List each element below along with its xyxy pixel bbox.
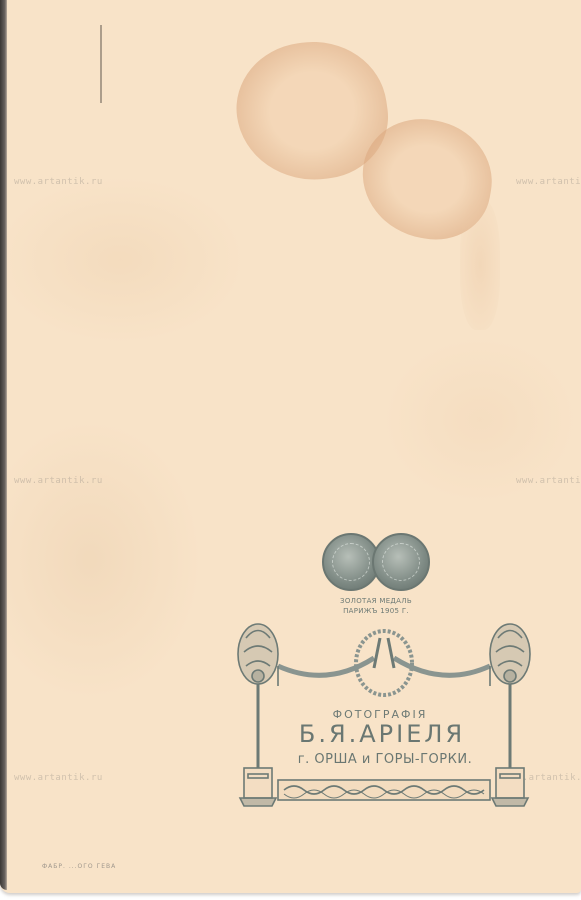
gold-medals-emblem [322,533,426,591]
photo-card-back: www.artantik.ru www.artantik.ru www.arta… [0,0,581,893]
scratch-mark [100,25,102,103]
card-edge-shadow [0,0,7,890]
studio-city: г. ОРША и ГОРЫ-ГОРКИ. [280,752,490,767]
watermark-text: www.artantik.ru [14,773,103,783]
watermark-text: www.artantik.ru [516,177,581,187]
watermark-text: www.artantik.ru [14,177,103,187]
water-stain-drip [460,200,500,330]
watermark-text: www.artantik.ru [14,476,103,486]
studio-name: Б.Я.АРІЕЛЯ [282,720,482,748]
medal-reverse-icon [372,533,430,591]
medal-caption: ЗОЛОТАЯ МЕДАЛЬ ПАРИЖЪ 1905 Г. [336,596,416,616]
printer-mark: ФАБР. ...ОГО ГЕВА [42,863,116,870]
watermark-text: www.artantik.ru [516,476,581,486]
